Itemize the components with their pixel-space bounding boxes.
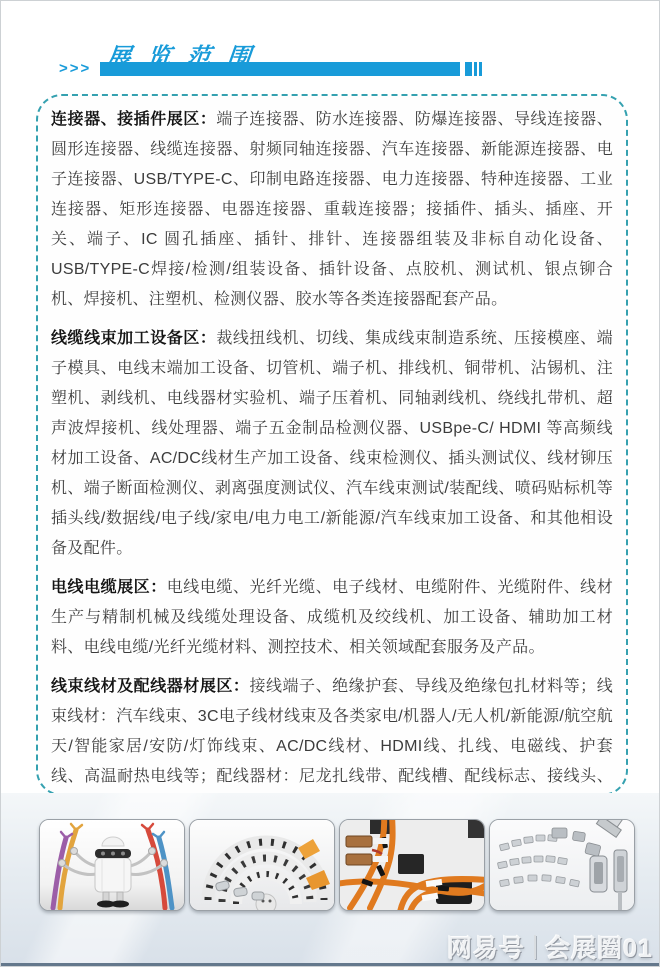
zone-body-text: 端子连接器、防水连接器、防爆连接器、导线连接器、圆形连接器、线缆连接器、射频同轴… (51, 111, 613, 308)
robot-with-cables-photo (39, 819, 185, 911)
zone-paragraph-wire-cable: 电线电缆展区：电线电缆、光纤光缆、电子线材、电缆附件、光缆附件、线材生产与精制机… (51, 573, 613, 663)
title-underline-bar (100, 62, 460, 76)
watermark-source: 网易号 (447, 929, 525, 965)
zone-title: 线缆线束加工设备区： (51, 330, 216, 347)
zone-title: 连接器、接插件展区： (51, 111, 216, 128)
photo-gallery (39, 819, 635, 911)
metal-connectors-illustration (490, 820, 634, 910)
robot-wires-illustration (40, 820, 184, 910)
watermark: 网易号 会展圈01 (447, 929, 653, 965)
bottom-edge-strip (1, 963, 660, 967)
triple-arrow-icon: >>> (59, 62, 91, 76)
heavy-duty-connectors-photo (489, 819, 635, 911)
terminal-fan-illustration (190, 820, 334, 910)
exhibition-flyer-page: 展览范围 >>> 连接器、接插件展区：端子连接器、防水连接器、防爆连接器、导线连… (0, 0, 660, 967)
zone-paragraph-harness-materials: 线束线材及配线器材展区：接线端子、绝缘护套、导线及绝缘包扎材料等；线束线材：汽车… (51, 672, 613, 796)
zone-title: 线束线材及配线器材展区： (51, 678, 249, 695)
bar-end-ticks-icon (465, 62, 482, 76)
terminal-connector-fan-photo (189, 819, 335, 911)
wire-harness-illustration (340, 820, 484, 910)
zone-body-text: 裁线扭线机、切线、集成线束制造系统、压接模座、端子模具、电线末端加工设备、切管机… (51, 330, 613, 557)
orange-wire-harness-photo (339, 819, 485, 911)
zone-title: 电线电缆展区： (51, 579, 167, 596)
footer-zone: 网易号 会展圈01 (1, 793, 660, 967)
header-band: >>> (59, 62, 482, 76)
zone-body-text: 接线端子、绝缘护套、导线及绝缘包扎材料等；线束线材：汽车线束、3C电子线材线束及… (51, 678, 613, 796)
zone-paragraph-cable-equipment: 线缆线束加工设备区：裁线扭线机、切线、集成线束制造系统、压接模座、端子模具、电线… (51, 324, 613, 564)
zone-paragraph-connectors: 连接器、接插件展区：端子连接器、防水连接器、防爆连接器、导线连接器、圆形连接器、… (51, 105, 613, 315)
watermark-account: 会展圈01 (545, 929, 653, 965)
watermark-divider (534, 935, 536, 959)
exhibition-scope-box: 连接器、接插件展区：端子连接器、防水连接器、防爆连接器、导线连接器、圆形连接器、… (36, 94, 628, 796)
